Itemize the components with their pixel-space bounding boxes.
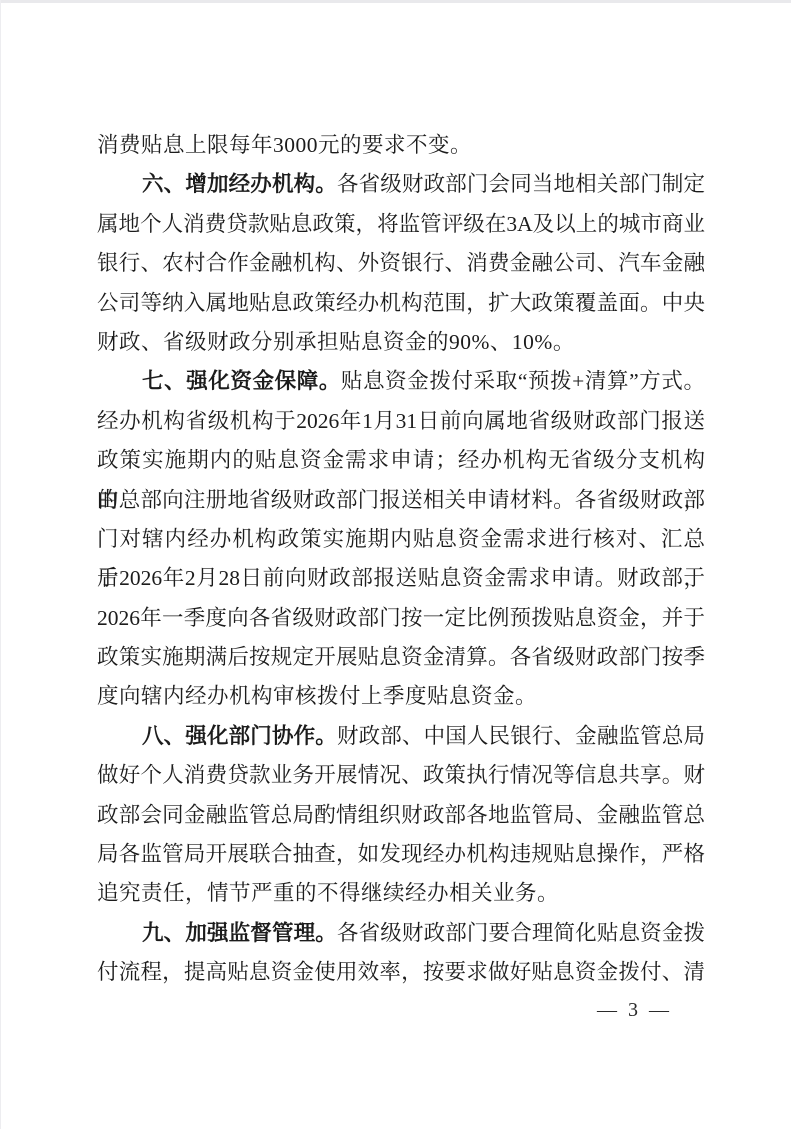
line-text: 财政、省级财政分别承担贴息资金的90%、10%。 xyxy=(97,330,575,354)
text-line: 由总部向注册地省级财政部门报送相关申请材料。各省级财政部 xyxy=(97,481,705,520)
text-line: 局各监管局开展联合抽查，如发现经办机构违规贴息操作，严格 xyxy=(97,835,705,874)
text-line: 政策实施期内的贴息资金需求申请；经办机构无省级分支机构的， xyxy=(97,441,705,480)
line-text: 各省级财政部门要合理简化贴息资金拨 xyxy=(337,921,705,945)
paragraph-start-line: 六、增加经办机构。各省级财政部门会同当地相关部门制定 xyxy=(97,165,705,204)
line-text: 公司等纳入属地贴息政策经办机构范围，扩大政策覆盖面。中央 xyxy=(97,291,705,315)
line-text: 追究责任，情节严重的不得继续经办相关业务。 xyxy=(97,881,559,905)
section-heading: 八、强化部门协作。 xyxy=(142,724,337,748)
line-text: 银行、农村合作金融机构、外资银行、消费金融公司、汽车金融 xyxy=(97,251,705,275)
text-line: 财政、省级财政分别承担贴息资金的90%、10%。 xyxy=(97,323,705,362)
text-line: 于2026年2月28日前向财政部报送贴息资金需求申请。财政部于 xyxy=(97,559,705,598)
document-page: 消费贴息上限每年3000元的要求不变。六、增加经办机构。各省级财政部门会同当地相… xyxy=(0,0,791,1129)
text-line: 门对辖内经办机构政策实施期内贴息资金需求进行核对、汇总后， xyxy=(97,520,705,559)
paragraph-start-line: 七、强化资金保障。贴息资金拨付采取“预拨+清算”方式。 xyxy=(97,362,705,401)
paragraph-start-line: 九、加强监督管理。各省级财政部门要合理简化贴息资金拨 xyxy=(97,914,705,953)
line-text: 付流程，提高贴息资金使用效率，按要求做好贴息资金拨付、清 xyxy=(97,960,705,984)
text-line: 政策实施期满后按规定开展贴息资金清算。各省级财政部门按季 xyxy=(97,638,705,677)
line-text: 属地个人消费贷款贴息政策，将监管评级在3A及以上的城市商业 xyxy=(97,212,705,236)
text-line: 追究责任，情节严重的不得继续经办相关业务。 xyxy=(97,874,705,913)
document-body: 消费贴息上限每年3000元的要求不变。六、增加经办机构。各省级财政部门会同当地相… xyxy=(97,126,705,993)
line-text: 做好个人消费贷款业务开展情况、政策执行情况等信息共享。财 xyxy=(97,763,705,787)
paragraph-start-line: 八、强化部门协作。财政部、中国人民银行、金融监管总局 xyxy=(97,717,705,756)
line-text: 经办机构省级机构于2026年1月31日前向属地省级财政部门报送 xyxy=(97,409,705,433)
text-line: 银行、农村合作金融机构、外资银行、消费金融公司、汽车金融 xyxy=(97,244,705,283)
scan-edge-left xyxy=(0,0,1,1129)
scan-edge-top xyxy=(0,0,791,3)
line-text: 局各监管局开展联合抽查，如发现经办机构违规贴息操作，严格 xyxy=(97,842,705,866)
section-heading: 七、强化资金保障。 xyxy=(142,369,341,393)
text-line: 2026年一季度向各省级财政部门按一定比例预拨贴息资金，并于 xyxy=(97,599,705,638)
line-text: 各省级财政部门会同当地相关部门制定 xyxy=(337,172,705,196)
line-text: 政部会同金融监管总局酌情组织财政部各地监管局、金融监管总 xyxy=(97,803,705,827)
text-line: 消费贴息上限每年3000元的要求不变。 xyxy=(97,126,705,165)
line-text: 政策实施期满后按规定开展贴息资金清算。各省级财政部门按季 xyxy=(97,645,705,669)
line-text: 于2026年2月28日前向财政部报送贴息资金需求申请。财政部于 xyxy=(97,566,705,590)
section-heading: 九、加强监督管理。 xyxy=(142,921,337,945)
text-line: 做好个人消费贷款业务开展情况、政策执行情况等信息共享。财 xyxy=(97,756,705,795)
line-text: 贴息资金拨付采取“预拨+清算”方式。 xyxy=(341,369,705,393)
line-text: 度向辖内经办机构审核拨付上季度贴息资金。 xyxy=(97,684,537,708)
text-line: 政部会同金融监管总局酌情组织财政部各地监管局、金融监管总 xyxy=(97,796,705,835)
text-line: 付流程，提高贴息资金使用效率，按要求做好贴息资金拨付、清 xyxy=(97,953,705,992)
line-text: 财政部、中国人民银行、金融监管总局 xyxy=(337,724,705,748)
text-line: 公司等纳入属地贴息政策经办机构范围，扩大政策覆盖面。中央 xyxy=(97,284,705,323)
text-line: 属地个人消费贷款贴息政策，将监管评级在3A及以上的城市商业 xyxy=(97,205,705,244)
page-number: — 3 — xyxy=(597,997,672,1023)
text-line: 经办机构省级机构于2026年1月31日前向属地省级财政部门报送 xyxy=(97,402,705,441)
section-heading: 六、增加经办机构。 xyxy=(142,172,337,196)
line-text: 消费贴息上限每年3000元的要求不变。 xyxy=(97,133,472,157)
line-text: 2026年一季度向各省级财政部门按一定比例预拨贴息资金，并于 xyxy=(97,606,705,630)
text-line: 度向辖内经办机构审核拨付上季度贴息资金。 xyxy=(97,677,705,716)
line-text: 由总部向注册地省级财政部门报送相关申请材料。各省级财政部 xyxy=(97,488,705,512)
